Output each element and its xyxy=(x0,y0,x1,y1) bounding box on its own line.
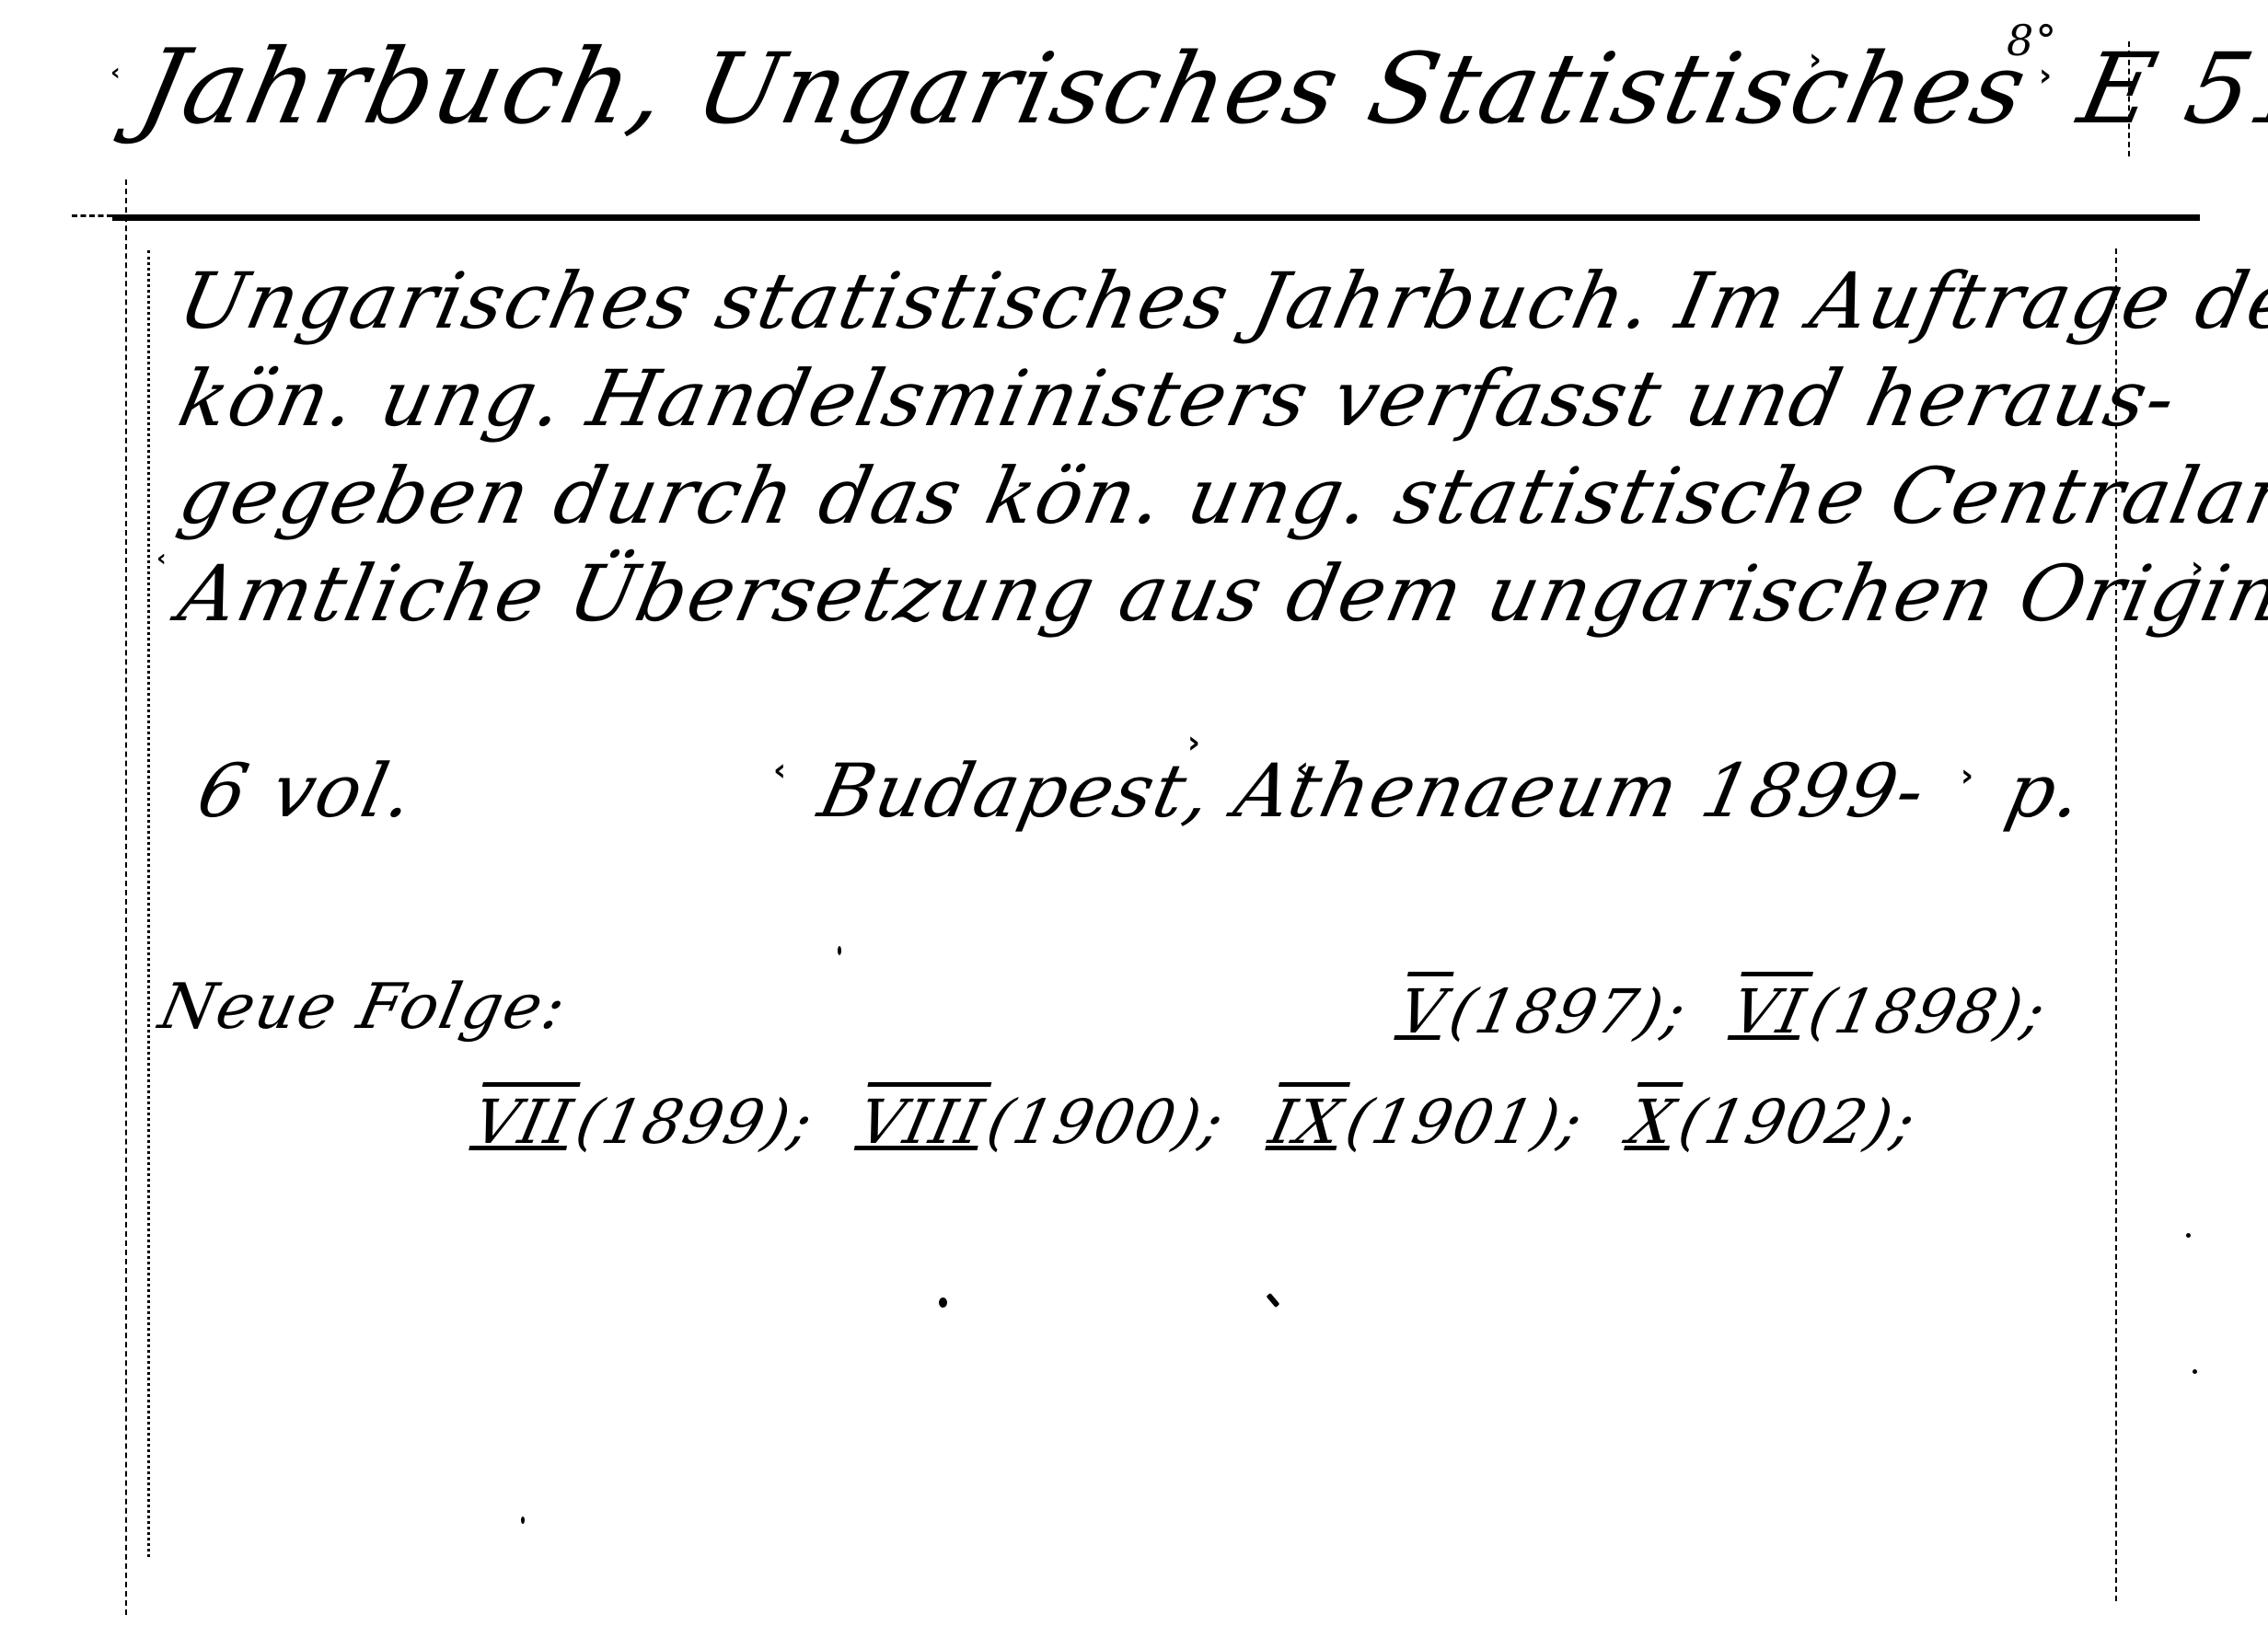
scan-speck xyxy=(2193,1369,2197,1374)
holdings-row-1: V(1897); VI(1898); xyxy=(1385,971,2075,1054)
scan-speck xyxy=(521,1517,525,1524)
holdings-row-2: VII(1899); VIII(1900); IX(1901); X(1902)… xyxy=(460,1081,1945,1164)
card-heading: Jahrbuch, Ungarisches Statistisches E 51… xyxy=(129,28,2268,149)
main-entry: Jahrbuch, xyxy=(129,28,678,147)
holding-entry: VI(1898); xyxy=(1718,971,2054,1054)
left-margin-line xyxy=(125,179,127,1615)
title-line-2: kön. ung. Handelsministers verfasst und … xyxy=(170,348,2186,449)
title-line-4: Amtliche Übersetzung aus dem ungarischen… xyxy=(170,543,2268,644)
caret-mark-icon: › xyxy=(1961,760,1973,791)
heading-right-line xyxy=(2128,41,2130,156)
heading-rule xyxy=(112,214,2200,221)
place-publisher-date: Budapest, Athenaeum 1899- xyxy=(810,741,1936,842)
scan-speck xyxy=(2186,1233,2191,1238)
volume-year: (1898); xyxy=(1803,976,2054,1047)
volume-year: (1900); xyxy=(981,1087,1232,1158)
scan-speck xyxy=(838,946,841,955)
holding-entry: X(1902); xyxy=(1615,1081,1925,1164)
volume-number: VII xyxy=(460,1081,586,1164)
title-line-3: gegeben durch das kön. ung. statistische… xyxy=(170,445,2268,547)
call-number: E 51. xyxy=(2070,32,2268,145)
holding-entry: VII(1899); xyxy=(460,1081,822,1164)
scan-speck xyxy=(939,1298,947,1308)
scan-speck xyxy=(1267,1293,1280,1308)
caret-mark-icon: › xyxy=(2039,60,2052,91)
catalog-card: Jahrbuch, Ungarisches Statistisches E 51… xyxy=(0,0,2268,1638)
series-label: Neue Folge: xyxy=(152,966,574,1049)
caret-mark-icon: ‹ xyxy=(773,755,786,786)
holding-entry: V(1897); xyxy=(1385,971,1695,1054)
caret-mark-icon: › xyxy=(1809,44,1822,75)
left-indent-line xyxy=(147,250,150,1557)
caret-mark-icon: ‹ xyxy=(1296,753,1309,784)
caret-mark-icon: ‹ xyxy=(156,543,167,574)
holding-entry: IX(1901); xyxy=(1256,1081,1591,1164)
title-line-1: Ungarisches statistisches Jahrbuch. Im A… xyxy=(170,250,2268,352)
volume-count: 6 vol. xyxy=(189,741,424,842)
heading-title: Ungarisches Statistisches xyxy=(687,32,2037,145)
volume-year: (1899); xyxy=(570,1087,820,1158)
holding-entry: VIII(1900); xyxy=(846,1081,1233,1164)
volume-number: VIII xyxy=(846,1081,998,1164)
caret-mark-icon: › xyxy=(2191,552,2204,583)
heading-rule-dash xyxy=(72,214,112,217)
caret-mark-icon: › xyxy=(1187,727,1200,758)
volume-year: (1902); xyxy=(1672,1087,1923,1158)
pagination: p. xyxy=(1997,741,2093,842)
volume-year: (1897); xyxy=(1443,976,1694,1047)
caret-mark-icon: ‹ xyxy=(110,57,121,88)
volume-year: (1901); xyxy=(1340,1087,1591,1158)
